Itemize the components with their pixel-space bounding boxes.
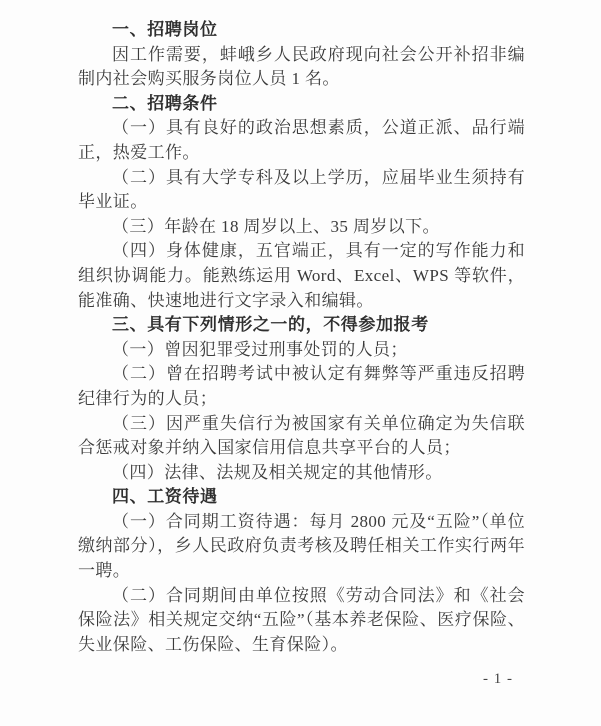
para-condition-1: （一）具有良好的政治思想素质，公道正派、品行端正，热爱工作。 [78, 116, 525, 165]
para-disqualification-2: （二）曾在招聘考试中被认定有舞弊等严重违反招聘纪律行为的人员； [78, 362, 525, 411]
para-salary-1: （一）合同期工资待遇：每月 2800 元及“五险”（单位缴纳部分），乡人民政府负… [78, 510, 525, 584]
para-condition-2: （二）具有大学专科及以上学历，应届毕业生须持有毕业证。 [78, 166, 525, 215]
para-disqualification-1: （一）曾因犯罪受过刑事处罚的人员； [78, 338, 525, 363]
para-position-intro: 因工作需要，蚌峨乡人民政府现向社会公开补招非编制内社会购买服务岗位人员 1 名。 [78, 43, 525, 92]
para-disqualification-3: （三）因严重失信行为被国家有关单位确定为失信联合惩戒对象并纳入国家信用信息共享平… [78, 412, 525, 461]
page-number: - 1 - [483, 671, 513, 688]
heading-salary-benefits: 四、工资待遇 [78, 485, 525, 510]
para-condition-4: （四）身体健康，五官端正，具有一定的写作能力和组织协调能力。能熟练运用 Word… [78, 239, 525, 313]
document-page: 一、招聘岗位 因工作需要，蚌峨乡人民政府现向社会公开补招非编制内社会购买服务岗位… [0, 0, 601, 726]
para-salary-2: （二）合同期间由单位按照《劳动合同法》和《社会保险法》相关规定交纳“五险”（基本… [78, 584, 525, 658]
para-condition-3: （三）年龄在 18 周岁以上、35 周岁以下。 [78, 215, 525, 240]
para-disqualification-4: （四）法律、法规及相关规定的其他情形。 [78, 461, 525, 486]
heading-disqualifications: 三、具有下列情形之一的，不得参加报考 [78, 313, 525, 338]
heading-recruitment-conditions: 二、招聘条件 [78, 92, 525, 117]
heading-recruitment-positions: 一、招聘岗位 [78, 18, 525, 43]
document-text-block: 一、招聘岗位 因工作需要，蚌峨乡人民政府现向社会公开补招非编制内社会购买服务岗位… [78, 18, 525, 657]
